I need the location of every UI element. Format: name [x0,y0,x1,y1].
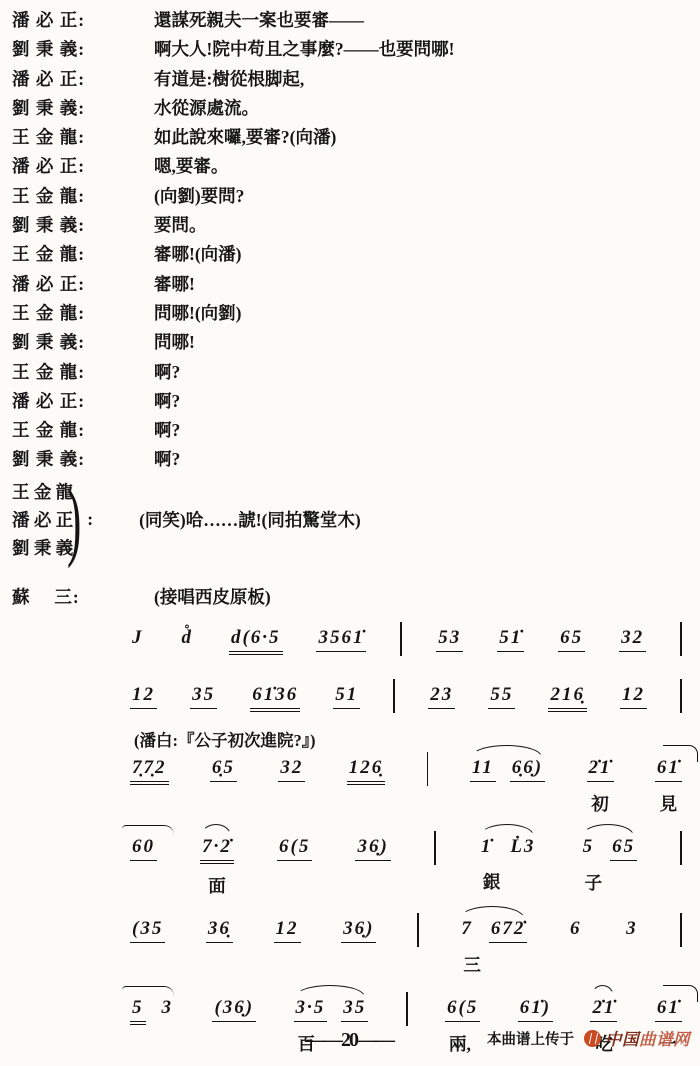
note-group: 32 [278,755,305,782]
note-group-row: 3·535 [294,995,369,1022]
barline [393,679,395,713]
watermark-prefix: 本曲谱上传于 [487,1028,574,1049]
page-footer: ——20—— 本曲谱上传于 中国 曲谱网 [0,1024,700,1054]
speaker-name: 劉 秉 義: [12,446,138,471]
barline [427,752,429,786]
note-cell: 3561̇ [316,625,366,652]
note-group: 1̇ [479,834,495,860]
barline [680,679,682,713]
note-group: 61̇36 [250,682,300,712]
note-group: 672̇ [489,916,528,943]
note-group: 3 [624,916,640,942]
note-group: 32 [619,625,646,652]
note-group-row: 51̇ [497,625,524,652]
dialogue-text: 啊? [154,359,180,384]
dialogue-row: 潘 必 正:有道是:樹從根脚起, [12,66,700,95]
note-group: L̇3 [508,834,537,860]
site-name-light: 曲谱网 [639,1026,690,1050]
barline [680,913,682,947]
note-group-row: 53 [436,625,463,652]
note-group-row: 12 [274,916,301,943]
music-section: Jd̊d(6·53561̇5351̇6532123561̇36512355216… [0,625,700,1056]
note-cell: 53 [130,995,175,1025]
note-group-row: 6̣5 [210,755,237,782]
speaker-name: 王 金 龍: [12,359,138,384]
speaker-name: 劉 秉 義 [12,534,73,562]
lyric: 銀 [479,869,538,894]
note-cell: 7̣7̣2 [130,755,169,785]
note-group: J [130,625,146,651]
note-cell: d̊ [179,625,195,651]
note-group: d(6·5 [229,625,283,655]
note-group-row: 6(5 [445,995,480,1022]
note-group-row: 61̇36 [250,682,300,712]
note-cell: 32 [619,625,646,652]
note-group-row: 12 [620,682,647,709]
stage-direction: (接唱西皮原板) [154,584,271,609]
note-group-row: 2̇1̇ [590,995,617,1022]
note-group: 61̇) [518,995,553,1022]
joint-speech: 王 金 龍 潘 必 正 劉 秉 義 ) : (同笑)哈……諕!(同拍驚堂木) [12,478,700,562]
note-cell: 65 [558,625,585,652]
note-cell: 35 [190,682,217,709]
note-group: 6(5 [277,834,312,861]
dialogue-row: 劉 秉 義:要問。 [12,212,700,241]
note-cell: 12 [274,916,301,943]
speaker-name: 蘇 三: [12,584,138,609]
dialogue-row: 潘 必 正:啊? [12,388,700,417]
note-cell: 32 [278,755,305,782]
dialogue-row: 潘 必 正:審哪! [12,271,700,300]
note-group: 7 [459,916,475,942]
note-group-row: 36̣) [341,916,376,943]
note-group-row: 12 [130,682,157,709]
dialogue-text: (向劉)要問? [154,183,244,208]
speaker-name: 潘 必 正: [12,66,138,91]
note-cell: 36̣) [355,834,390,861]
joint-speaker-names: 王 金 龍 潘 必 正 劉 秉 義 [12,478,73,562]
note-group-row: 32 [619,625,646,652]
note-group-row: 35 [190,682,217,709]
note-cell: 3 [624,916,640,942]
score-page: 潘 必 正:還謀死親夫一案也要審——劉 秉 義:啊大人!院中苟且之事麼?——也要… [0,0,700,1066]
note-group: 6(5 [445,995,480,1022]
note-group-row: 216̣ [548,682,587,712]
note-group: 216̣ [548,682,587,712]
barline [417,913,419,947]
note-group: 3 [160,995,176,1021]
dialogue-text: 啊? [154,417,180,442]
dialogue-text: 要問。 [154,212,207,237]
lyric: 子 [581,870,638,895]
note-group: 36̣ [206,916,233,943]
dialogue-text: 如此說來囉,要審?(向潘) [154,124,336,149]
note-group-row: 2̇1̇ [587,755,614,782]
note-group-row: 7·2̇ [200,834,234,864]
note-group-row: 55 [488,682,515,709]
note-group-row: 65 [558,625,585,652]
note-group-row: 565 [581,834,638,861]
note-group-row: 1̇L̇3 [479,834,538,860]
note-cell: 61̇) [518,995,553,1022]
speaker-name: 劉 秉 義: [12,329,138,354]
note-group-row: 6 [568,916,584,942]
music-line: 123561̇36512355216̣12 [130,682,682,713]
note-group-row: 36̣) [355,834,390,861]
aside-note: (潘白:『公子初次進院?』) [134,727,700,751]
note-group: 65 [610,834,637,861]
note-group-row: 116̣6̣) [470,755,545,782]
note-group: 5 [130,995,146,1025]
note-cell: J [130,625,146,651]
lyric: 三 [459,952,527,977]
dialogue-row: 潘 必 正:嗯,要審。 [12,153,700,182]
speaker-name: 劉 秉 義: [12,212,138,237]
note-group: 12 [620,682,647,709]
note-group: 11 [470,755,496,782]
dialogue-row: 王 金 龍:啊? [12,359,700,388]
note-group: (35 [130,916,165,943]
watermark: 本曲谱上传于 中国 曲谱网 [487,1026,690,1050]
note-cell: 23 [428,682,455,709]
lyric: 初 [587,791,614,816]
note-cell: 565子 [581,834,638,895]
note-group-row: (36̣) [212,995,256,1022]
dialogue-row: 王 金 龍:問哪!(向劉) [12,300,700,329]
note-group: 36̣) [341,916,376,943]
note-cell: 216̣ [548,682,587,712]
speaker-name: 王 金 龍 [12,478,73,506]
note-group: 61̇ [655,755,682,782]
note-cell: (35 [130,916,165,943]
note-group-row: d̊ [179,625,195,651]
note-group: 60 [130,834,157,861]
dialogue-text: 審哪!(向潘) [154,241,241,266]
note-group-row: 60 [130,834,157,861]
note-group: 53 [436,625,463,652]
speaker-name: 王 金 龍: [12,241,138,266]
dialogue-row: 王 金 龍:(向劉)要問? [12,183,700,212]
note-group-row: 7672̇ [459,916,527,943]
note-cell: (36̣) [212,995,256,1022]
note-group: 7̣7̣2 [130,755,169,785]
note-cell: 6̣5 [210,755,237,782]
barline [680,831,682,865]
speaker-name: 劉 秉 義: [12,36,138,61]
note-group: d̊ [179,625,195,651]
dialogue-row: 王 金 龍:如此說來囉,要審?(向潘) [12,124,700,153]
dialogue-row: 潘 必 正:還謀死親夫一案也要審—— [12,7,700,36]
barline [406,992,408,1026]
lyric: 見 [655,791,682,816]
dialogue-text: 審哪! [154,271,195,296]
note-cell: 7672̇三 [459,916,527,977]
dialogue-text: 嗯,要審。 [154,153,228,178]
speaker-name: 劉 秉 義: [12,95,138,120]
note-cell: 6 [568,916,584,942]
note-group: 36̣) [355,834,390,861]
speaker-name: 王 金 龍: [12,300,138,325]
speaker-name: 潘 必 正: [12,388,138,413]
note-group-row: J [130,625,146,651]
note-cell: d(6·5 [229,625,283,655]
note-group-row: 126̣ [347,755,386,785]
note-group-row: (35 [130,916,165,943]
note-group: 2̇1̇ [590,995,617,1022]
note-cell: 6(5 [277,834,312,861]
speaker-name: 王 金 龍: [12,124,138,149]
note-cell: 51 [333,682,360,709]
barline [400,622,402,656]
susan-row: 蘇 三: (接唱西皮原板) [12,584,700,609]
note-group: 61̇ [655,995,682,1022]
note-group-row: 23 [428,682,455,709]
note-cell: 1̇L̇3銀 [479,834,538,894]
speaker-name: 王 金 龍: [12,417,138,442]
dialogue-row: 劉 秉 義:啊? [12,446,700,475]
note-group: 6̣5 [210,755,237,782]
note-group: 6̣6̣) [510,755,545,782]
dialogue-text: 啊? [154,446,180,471]
dialogue-text: (同笑)哈……諕!(同拍驚堂木) [139,507,361,532]
note-cell: 7·2̇面 [200,834,234,898]
note-cell: 61̇36 [250,682,300,712]
group-colon: : [87,509,93,530]
note-group-row: 61̇ [655,995,682,1022]
dialogue-text: 問哪!(向劉) [154,300,241,325]
note-group: 35 [190,682,217,709]
note-cell: 61̇見 [655,755,682,816]
dialogue-row: 王 金 龍:審哪!(向潘) [12,241,700,270]
note-group: 7·2̇ [200,834,234,864]
note-group-row: 6(5 [277,834,312,861]
music-line: (3536̣1236̣)7672̇三63 [130,916,682,977]
dialogue-text: 啊? [154,388,180,413]
barline [680,622,682,656]
music-line: Jd̊d(6·53561̇5351̇6532 [130,625,682,656]
note-cell: 12 [620,682,647,709]
note-group-row: 61̇) [518,995,553,1022]
dialogue-text: 有道是:樹從根脚起, [154,66,304,91]
speaker-name: 潘 必 正 [12,506,73,534]
note-group: 23 [428,682,455,709]
note-group-row: 53 [130,995,175,1025]
note-group-row: 61̇ [655,755,682,782]
note-group-row: 3561̇ [316,625,366,652]
music-line: 7̣7̣26̣532126̣116̣6̣)2̇1̇初61̇見 [130,755,682,816]
dialogue-row: 劉 秉 義:水從源處流。 [12,95,700,124]
site-logo-icon [584,1030,601,1047]
note-group: 5 [581,834,597,860]
note-group: 12 [130,682,157,709]
site-name-dark: 中国 [605,1026,639,1050]
music-line: 607·2̇面6(536̣)1̇L̇3銀565子 [130,834,682,898]
note-group-row: d(6·5 [229,625,283,655]
note-group: 3·5 [294,995,328,1022]
note-group: 35 [341,995,368,1022]
note-cell: 53 [436,625,463,652]
speaker-name: 潘 必 正: [12,153,138,178]
note-cell: 126̣ [347,755,386,785]
note-group: 55 [488,682,515,709]
lyric: 面 [200,873,234,898]
note-group: 3561̇ [316,625,366,652]
speaker-name: 王 金 龍: [12,183,138,208]
note-cell: 36̣ [206,916,233,943]
note-group-row: 51 [333,682,360,709]
note-group-row: 32 [278,755,305,782]
note-cell: 55 [488,682,515,709]
note-group: 2̇1̇ [587,755,614,782]
note-group: 65 [558,625,585,652]
note-cell: 2̇1̇初 [587,755,614,816]
note-cell: 60 [130,834,157,861]
note-group-row: 36̣ [206,916,233,943]
dialogue-row: 王 金 龍:啊? [12,417,700,446]
note-cell: 36̣) [341,916,376,943]
note-group: 12 [274,916,301,943]
note-cell: 116̣6̣) [470,755,545,782]
speaker-name: 潘 必 正: [12,7,138,32]
note-group: 6 [568,916,584,942]
dialogue-text: 還謀死親夫一案也要審—— [154,7,364,32]
note-cell: 12 [130,682,157,709]
dialogue-text: 問哪! [154,329,195,354]
dialogue-section: 潘 必 正:還謀死親夫一案也要審——劉 秉 義:啊大人!院中苟且之事麼?——也要… [0,0,700,476]
dialogue-row: 劉 秉 義:啊大人!院中苟且之事麼?——也要問哪! [12,36,700,65]
note-group-row: 7̣7̣2 [130,755,169,785]
note-group: (36̣) [212,995,256,1022]
note-group: 51 [333,682,360,709]
speaker-name: 潘 必 正: [12,271,138,296]
note-group: 51̇ [497,625,524,652]
barline [434,831,436,865]
dialogue-row: 劉 秉 義:問哪! [12,329,700,358]
note-cell: 51̇ [497,625,524,652]
dialogue-text: 水從源處流。 [154,95,259,120]
page-number: ——20—— [305,1029,393,1052]
group-brace: ) [67,477,80,563]
note-group: 126̣ [347,755,386,785]
dialogue-text: 啊大人!院中苟且之事麼?——也要問哪! [154,36,454,61]
note-group-row: 3 [624,916,640,942]
